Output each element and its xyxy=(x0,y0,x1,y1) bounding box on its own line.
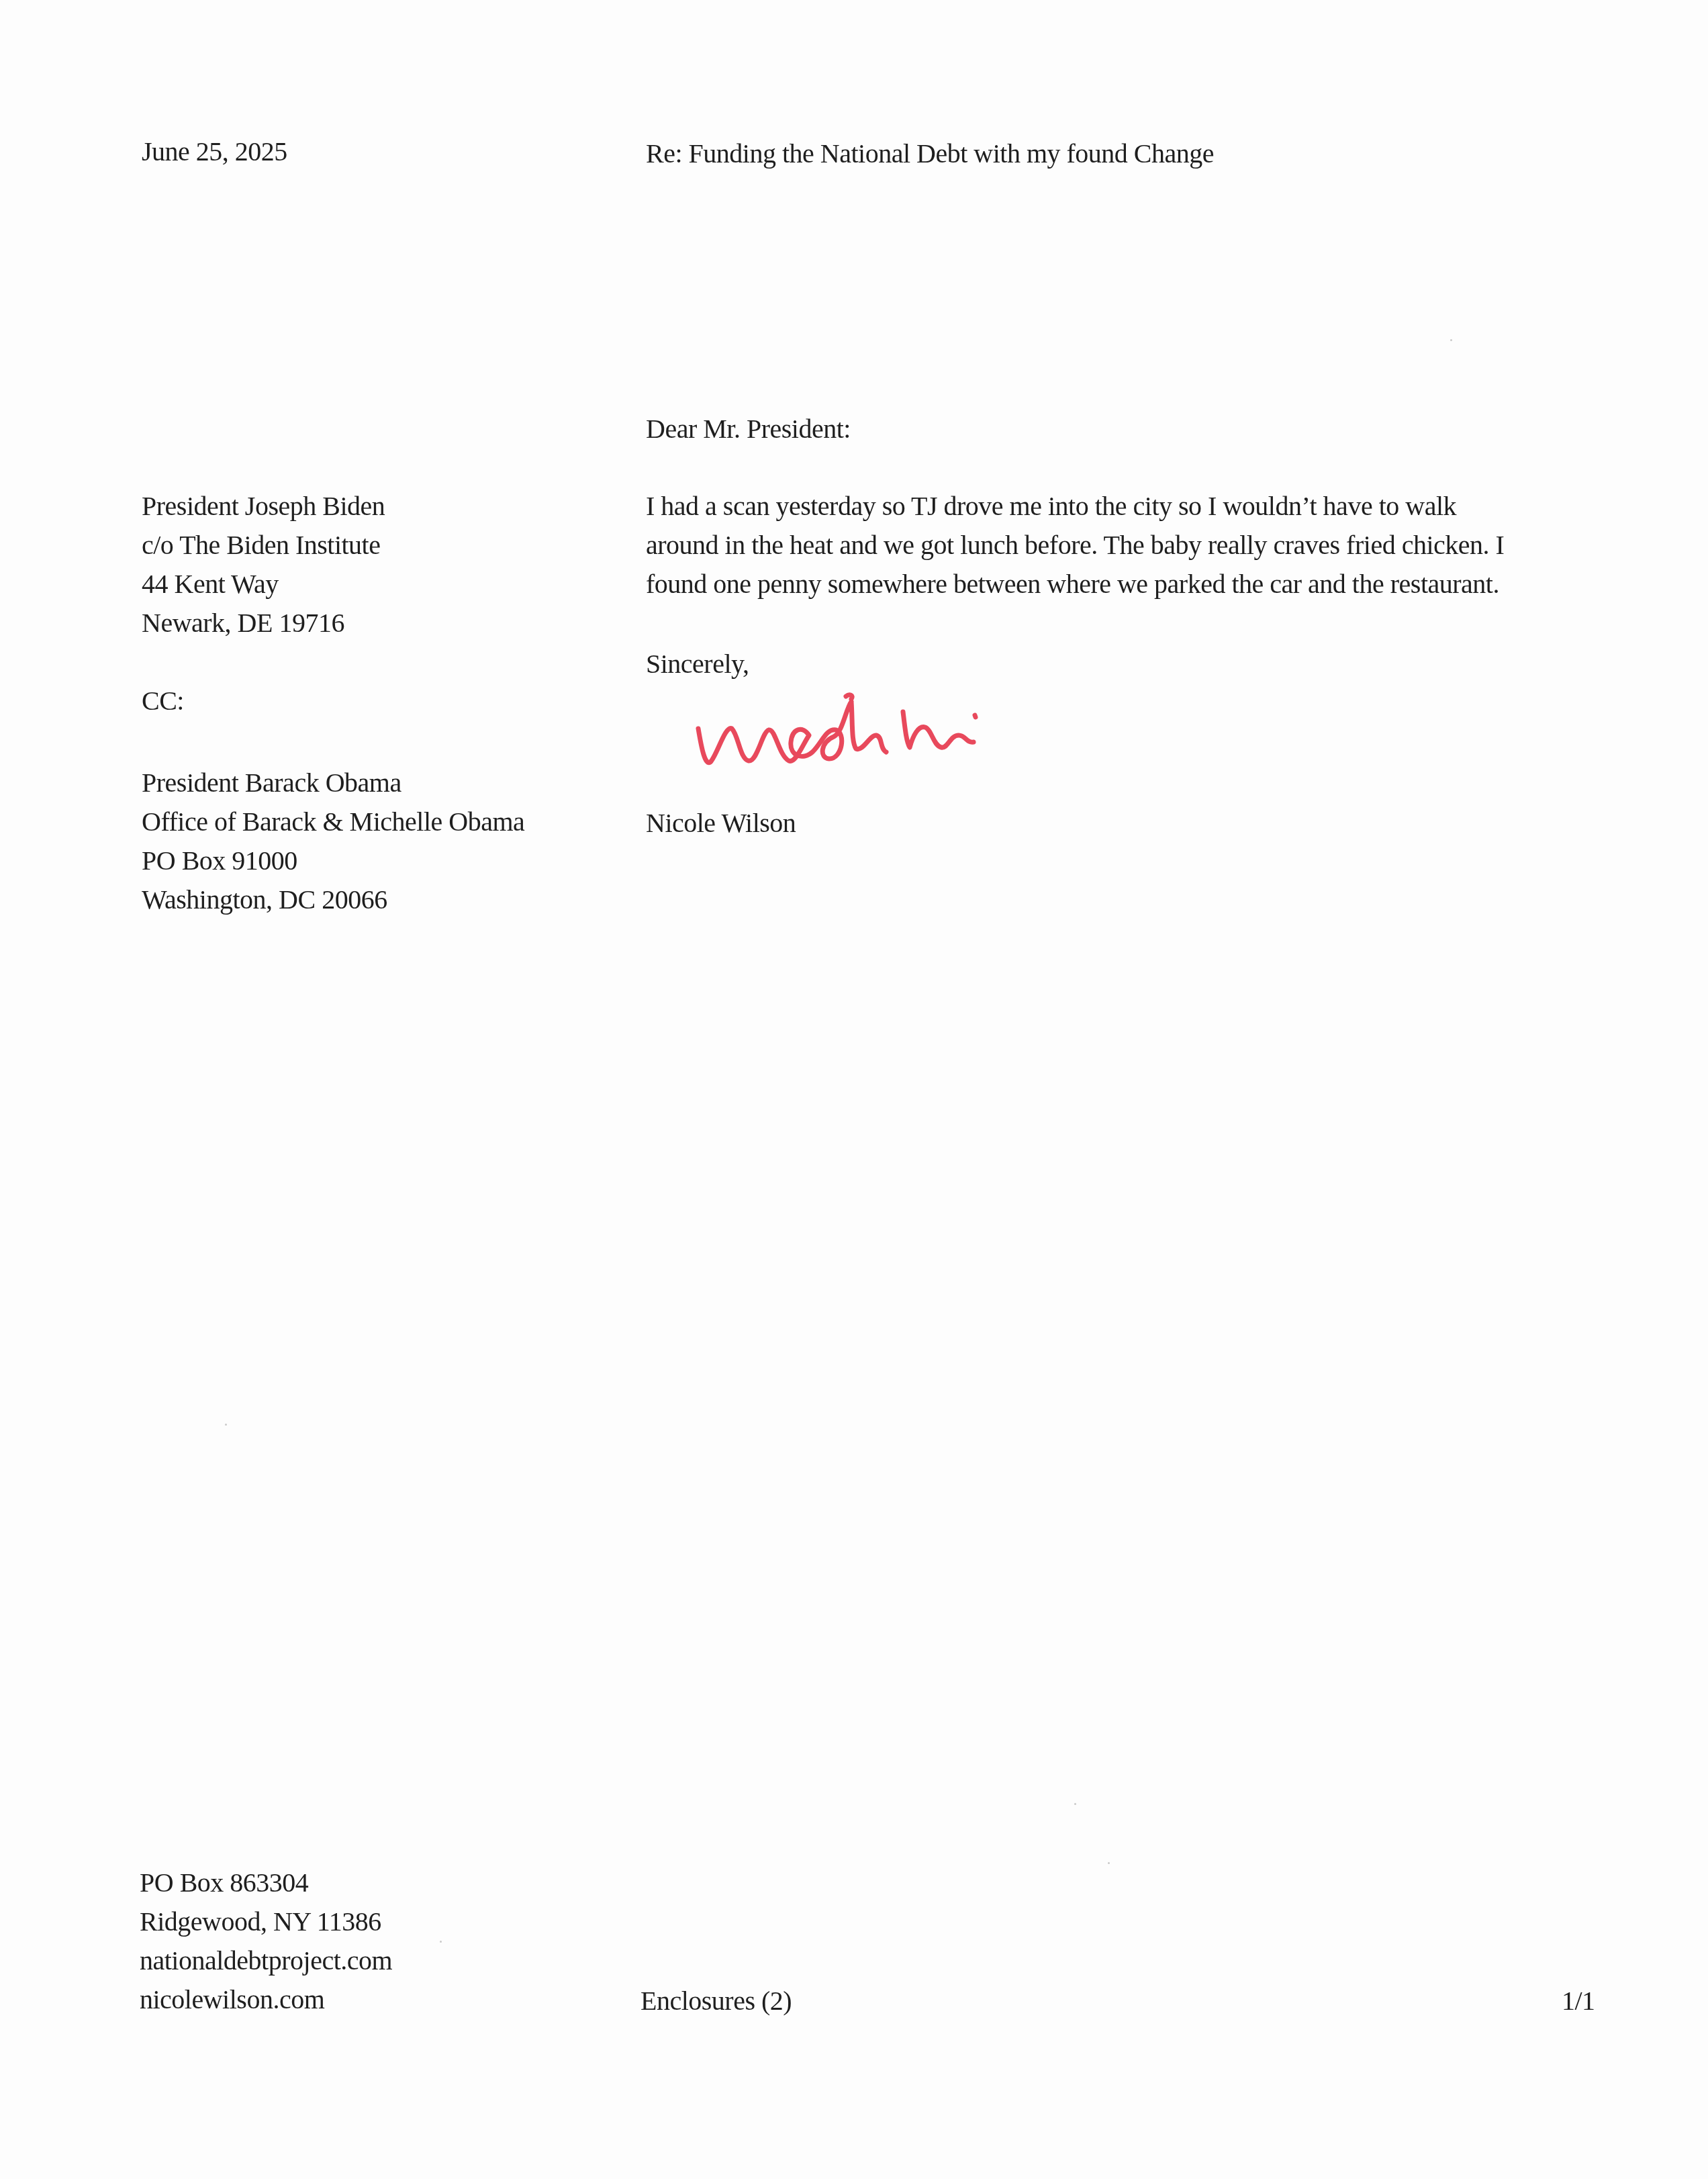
handwritten-signature-icon xyxy=(678,688,1027,789)
scan-speck xyxy=(1108,1862,1110,1864)
scan-speck xyxy=(225,1424,227,1426)
page-number: 1/1 xyxy=(1562,1982,1595,2021)
cc-line: President Barack Obama xyxy=(142,763,524,802)
scan-speck xyxy=(1074,1803,1076,1805)
return-address-line: Ridgewood, NY 11386 xyxy=(140,1902,392,1941)
enclosures-note: Enclosures (2) xyxy=(640,1982,792,2021)
letter-page: June 25, 2025 Re: Funding the National D… xyxy=(0,0,1708,2179)
cc-line: Washington, DC 20066 xyxy=(142,880,524,919)
recipient-line: President Joseph Biden xyxy=(142,487,385,526)
cc-line: Office of Barack & Michelle Obama xyxy=(142,802,524,841)
recipient-line: 44 Kent Way xyxy=(142,565,385,604)
scan-speck xyxy=(440,1941,442,1943)
letter-subject: Re: Funding the National Debt with my fo… xyxy=(646,134,1214,173)
letter-date: June 25, 2025 xyxy=(142,132,287,171)
return-address: PO Box 863304 Ridgewood, NY 11386 nation… xyxy=(140,1863,392,2019)
letter-body: I had a scan yesterday so TJ drove me in… xyxy=(646,487,1599,604)
closing: Sincerely, xyxy=(646,645,749,684)
body-line: around in the heat and we got lunch befo… xyxy=(646,526,1599,565)
return-address-line: PO Box 863304 xyxy=(140,1863,392,1902)
cc-label: CC: xyxy=(142,682,184,721)
signer-name: Nicole Wilson xyxy=(646,804,796,843)
cc-address: President Barack Obama Office of Barack … xyxy=(142,763,524,919)
return-address-line: nicolewilson.com xyxy=(140,1980,392,2019)
recipient-line: Newark, DE 19716 xyxy=(142,604,385,643)
scan-speck xyxy=(1450,339,1452,341)
recipient-address: President Joseph Biden c/o The Biden Ins… xyxy=(142,487,385,643)
recipient-line: c/o The Biden Institute xyxy=(142,526,385,565)
cc-line: PO Box 91000 xyxy=(142,841,524,880)
return-address-line: nationaldebtproject.com xyxy=(140,1941,392,1980)
salutation: Dear Mr. President: xyxy=(646,410,851,449)
body-line: found one penny somewhere between where … xyxy=(646,565,1599,604)
body-line: I had a scan yesterday so TJ drove me in… xyxy=(646,487,1599,526)
